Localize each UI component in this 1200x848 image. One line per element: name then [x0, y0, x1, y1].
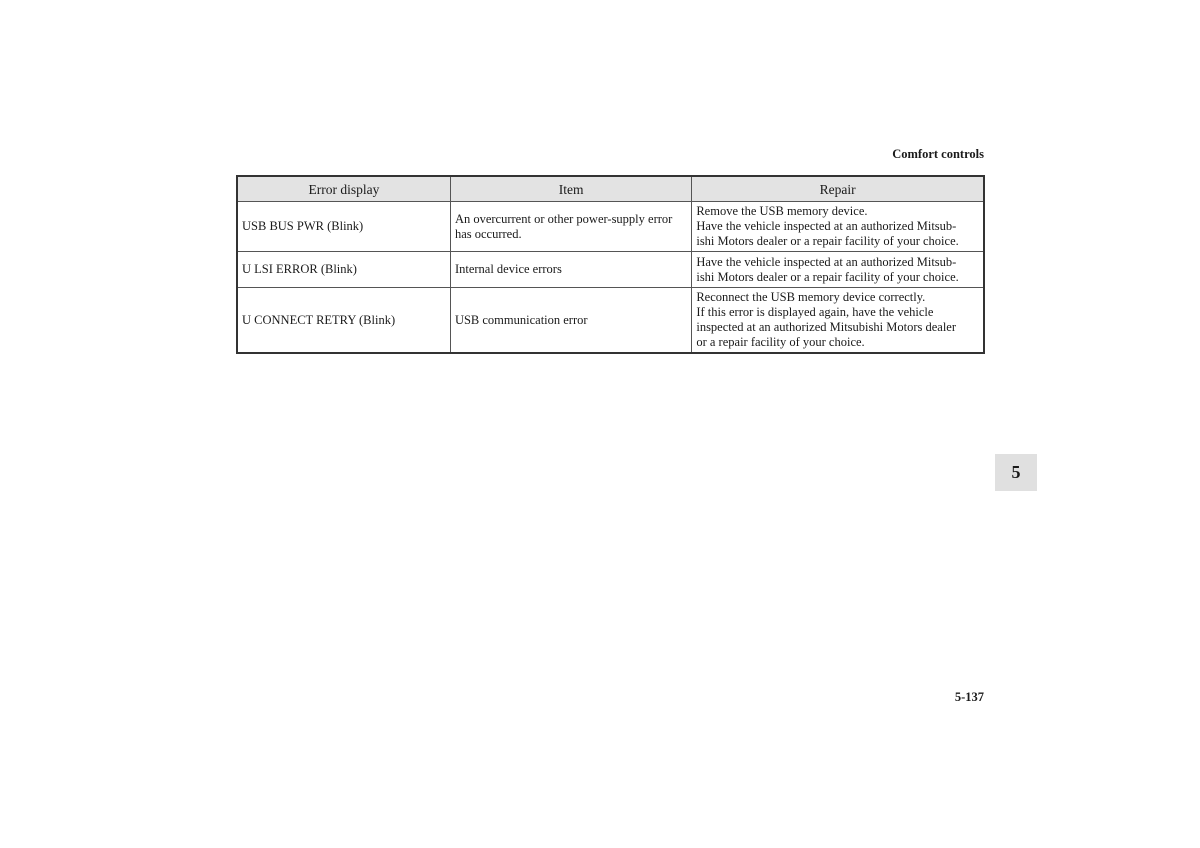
item-cell: An overcurrent or other power-supply err… — [450, 202, 691, 252]
item-cell: Internal device errors — [450, 252, 691, 288]
column-header-error-display: Error display — [237, 176, 450, 202]
error-table: Error display Item Repair USB BUS PWR (B… — [236, 175, 985, 354]
repair-cell: Remove the USB memory device. Have the v… — [692, 202, 984, 252]
repair-line: ishi Motors dealer or a repair facility … — [696, 270, 979, 285]
repair-line: Have the vehicle inspected at an authori… — [696, 219, 979, 234]
item-line: USB communication error — [455, 313, 687, 328]
error-display-cell: USB BUS PWR (Blink) — [237, 202, 450, 252]
section-title: Comfort controls — [700, 147, 984, 162]
item-cell: USB communication error — [450, 288, 691, 354]
chapter-tab: 5 — [995, 454, 1037, 491]
error-display-cell: U CONNECT RETRY (Blink) — [237, 288, 450, 354]
table-row: U LSI ERROR (Blink) Internal device erro… — [237, 252, 984, 288]
repair-line: Remove the USB memory device. — [696, 204, 979, 219]
repair-line: ishi Motors dealer or a repair facility … — [696, 234, 979, 249]
column-header-item: Item — [450, 176, 691, 202]
table-header-row: Error display Item Repair — [237, 176, 984, 202]
repair-line: Reconnect the USB memory device correctl… — [696, 290, 979, 305]
item-line: has occurred. — [455, 227, 687, 242]
page-number: 5-137 — [940, 690, 984, 705]
item-line: Internal device errors — [455, 262, 687, 277]
repair-line: or a repair facility of your choice. — [696, 335, 979, 350]
repair-line: Have the vehicle inspected at an authori… — [696, 255, 979, 270]
table-row: U CONNECT RETRY (Blink) USB communicatio… — [237, 288, 984, 354]
table-row: USB BUS PWR (Blink) An overcurrent or ot… — [237, 202, 984, 252]
error-display-cell: U LSI ERROR (Blink) — [237, 252, 450, 288]
item-line: An overcurrent or other power-supply err… — [455, 212, 687, 227]
column-header-repair: Repair — [692, 176, 984, 202]
repair-line: inspected at an authorized Mitsubishi Mo… — [696, 320, 979, 335]
repair-cell: Reconnect the USB memory device correctl… — [692, 288, 984, 354]
repair-cell: Have the vehicle inspected at an authori… — [692, 252, 984, 288]
repair-line: If this error is displayed again, have t… — [696, 305, 979, 320]
